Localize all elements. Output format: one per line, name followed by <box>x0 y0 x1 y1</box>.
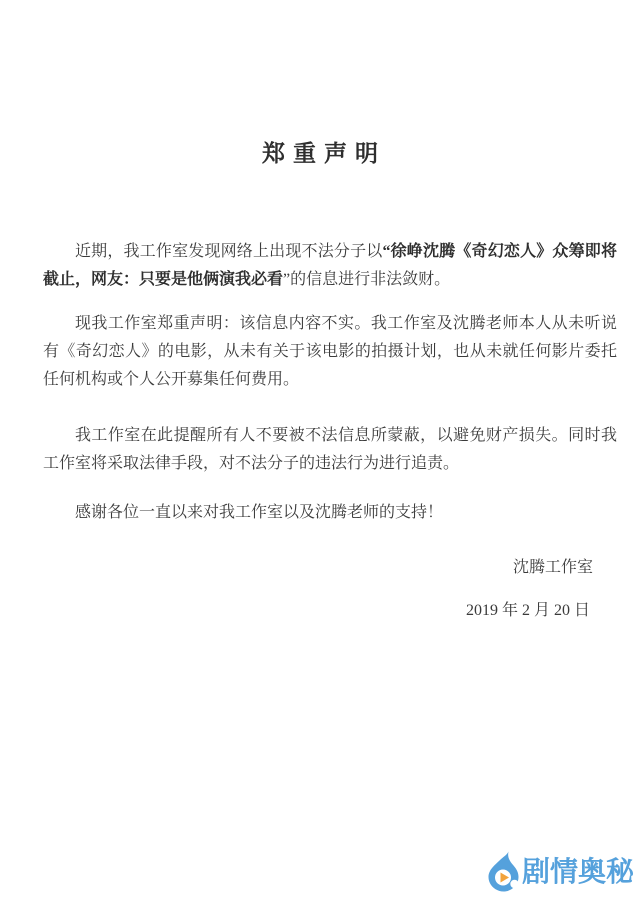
date: 2019 年 2 月 20 日 <box>0 597 590 625</box>
text-segment: ”的信息进行非法敛财。 <box>283 271 450 288</box>
paragraph: 感谢各位一直以来对我工作室以及沈腾老师的支持！ <box>43 499 617 527</box>
paragraph: 我工作室在此提醒所有人不要被不法信息所蒙蔽，以避免财产损失。同时我工作室将采取法… <box>43 422 617 478</box>
document-title: 郑重声明 <box>0 0 640 169</box>
text-segment: 感谢各位一直以来对我工作室以及沈腾老师的支持！ <box>75 504 443 521</box>
document-body: 近期，我工作室发现网络上出现不法分子以“徐峥沈腾《奇幻恋人》众筹即将截止，网友：… <box>43 238 617 527</box>
watermark: 剧情奥秘 <box>488 851 634 892</box>
statement-document: 郑重声明 近期，我工作室发现网络上出现不法分子以“徐峥沈腾《奇幻恋人》众筹即将截… <box>0 0 640 905</box>
text-segment: 现我工作室郑重声明：该信息内容不实。我工作室及沈腾老师本人从未听说有《奇幻恋人》… <box>43 315 617 388</box>
text-segment: 我工作室在此提醒所有人不要被不法信息所蒙蔽，以避免财产损失。同时我工作室将采取法… <box>43 427 617 472</box>
droplet-play-icon <box>488 851 519 892</box>
text-segment: 近期，我工作室发现网络上出现不法分子以 <box>75 243 382 260</box>
signature: 沈腾工作室 <box>0 554 593 582</box>
paragraph: 近期，我工作室发现网络上出现不法分子以“徐峥沈腾《奇幻恋人》众筹即将截止，网友：… <box>43 238 617 294</box>
watermark-brand: 剧情奥秘 <box>522 857 634 887</box>
paragraph: 现我工作室郑重声明：该信息内容不实。我工作室及沈腾老师本人从未听说有《奇幻恋人》… <box>43 310 617 394</box>
